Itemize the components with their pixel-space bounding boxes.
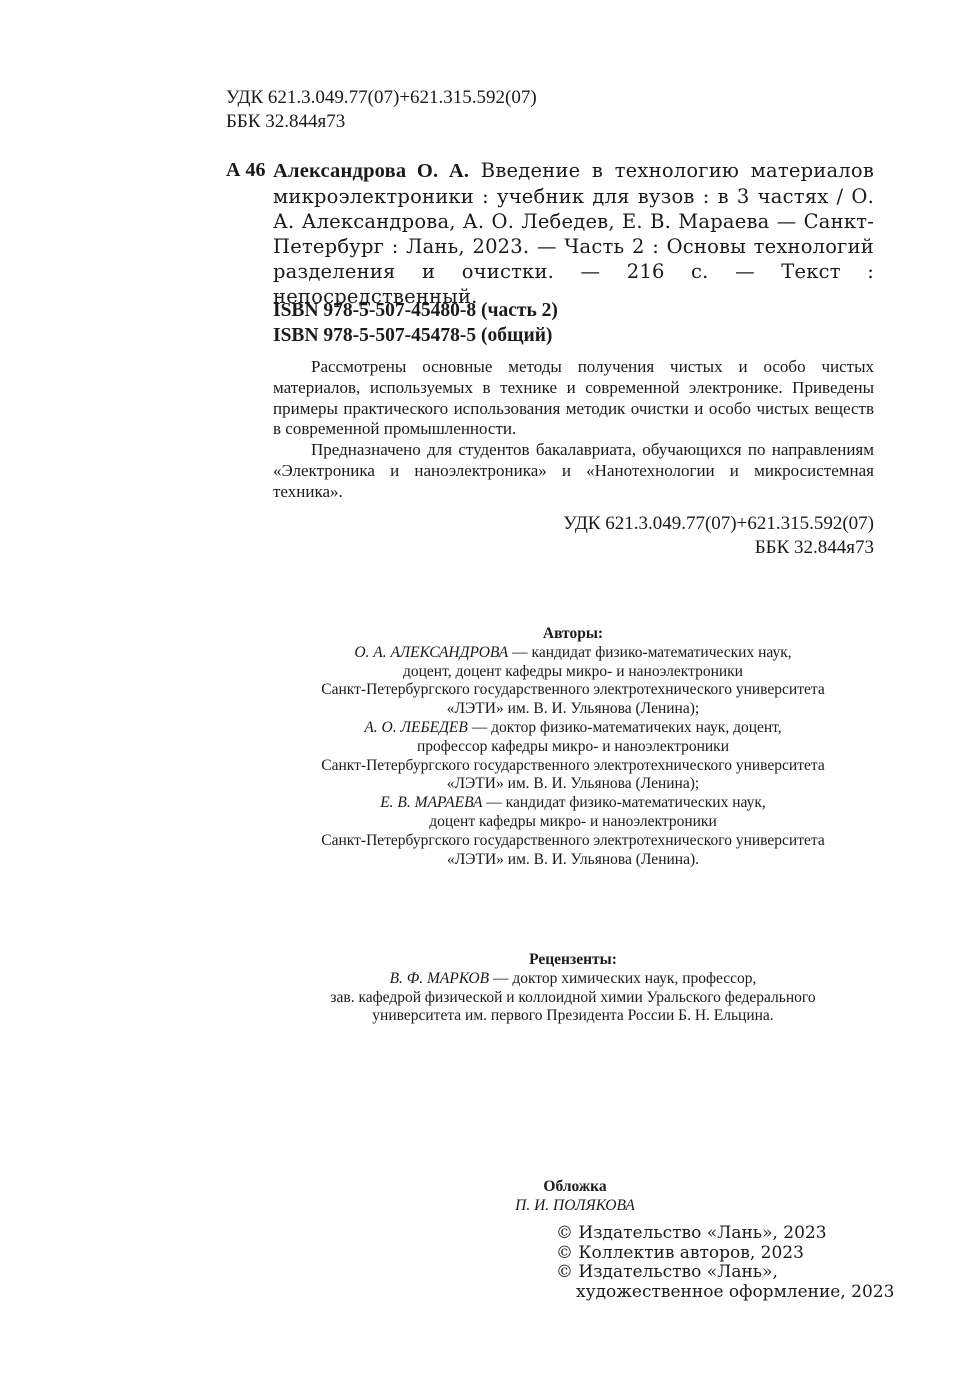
entry-body: микроэлектроники : учебник для вузов : в…: [273, 185, 874, 308]
reviewer-line: зав. кафедрой физической и коллоидной хи…: [250, 989, 896, 1008]
annotation-paragraph: Предназначено для студентов бакалавриата…: [273, 440, 874, 502]
copyright-line: © Издательство «Лань», 2023: [556, 1224, 894, 1244]
author-entry: О. А. АЛЕКСАНДРОВА — кандидат физико-мат…: [250, 644, 896, 663]
cover-credit: Обложка П. И. ПОЛЯКОВА: [500, 1177, 650, 1215]
bibliographic-description: Александрова О. А. Введение в технологию…: [273, 158, 874, 309]
author-line: профессор кафедры микро- и наноэлектрони…: [250, 738, 896, 757]
copyright-block: © Издательство «Лань», 2023 © Коллектив …: [556, 1224, 894, 1302]
author-name: А. О. ЛЕБЕДЕВ: [364, 719, 468, 736]
authors-heading: Авторы:: [250, 625, 896, 644]
cover-heading: Обложка: [500, 1177, 650, 1196]
copyright-line: © Коллектив авторов, 2023: [556, 1244, 894, 1264]
reviewers-section: Рецензенты: В. Ф. МАРКОВ — доктор химиче…: [250, 951, 896, 1026]
authors-section: Авторы: О. А. АЛЕКСАНДРОВА — кандидат фи…: [250, 625, 896, 869]
udk-code: УДК 621.3.049.77(07)+621.315.592(07): [226, 86, 537, 110]
classification-codes-bottom: УДК 621.3.049.77(07)+621.315.592(07) ББК…: [563, 512, 874, 560]
author-name: О. А. АЛЕКСАНДРОВА: [354, 644, 508, 661]
bibliographic-entry: А 46 Александрова О. А. Введение в техно…: [226, 158, 874, 309]
reviewers-heading: Рецензенты:: [250, 951, 896, 970]
author-line: «ЛЭТИ» им. В. И. Ульянова (Ленина).: [250, 851, 896, 870]
author-line: доцент, доцент кафедры микро- и наноэлек…: [250, 663, 896, 682]
isbn-total: ISBN 978-5-507-45478-5 (общий): [273, 323, 558, 348]
author-line: Санкт-Петербургского государственного эл…: [250, 681, 896, 700]
author-entry: А. О. ЛЕБЕДЕВ — доктор физико-математиче…: [250, 719, 896, 738]
entry-title-start: Введение в технологию материалов: [469, 159, 874, 182]
author-name: Е. В. МАРАЕВА: [380, 794, 482, 811]
reviewer-line: университета им. первого Президента Росс…: [250, 1007, 896, 1026]
isbn-block: ISBN 978-5-507-45480-8 (часть 2) ISBN 97…: [273, 298, 558, 348]
reviewer-name: В. Ф. МАРКОВ: [390, 970, 490, 987]
author-line: «ЛЭТИ» им. В. И. Ульянова (Ленина);: [250, 775, 896, 794]
entry-author-heading: Александрова О. А.: [273, 160, 469, 182]
annotation: Рассмотрены основные методы получения чи…: [273, 357, 874, 503]
copyright-line: © Издательство «Лань»,: [556, 1263, 894, 1283]
classification-codes-top: УДК 621.3.049.77(07)+621.315.592(07) ББК…: [226, 86, 537, 134]
author-line: Санкт-Петербургского государственного эл…: [250, 832, 896, 851]
bbk-code: ББК 32.844я73: [563, 536, 874, 560]
bbk-code: ББК 32.844я73: [226, 110, 537, 134]
annotation-paragraph: Рассмотрены основные методы получения чи…: [273, 357, 874, 440]
isbn-part: ISBN 978-5-507-45480-8 (часть 2): [273, 298, 558, 323]
reviewer-entry: В. Ф. МАРКОВ — доктор химических наук, п…: [250, 970, 896, 989]
copyright-line: художественное оформление, 2023: [556, 1283, 894, 1303]
author-entry: Е. В. МАРАЕВА — кандидат физико-математи…: [250, 794, 896, 813]
udk-code: УДК 621.3.049.77(07)+621.315.592(07): [563, 512, 874, 536]
cover-designer: П. И. ПОЛЯКОВА: [500, 1196, 650, 1215]
author-line: доцент кафедры микро- и наноэлектроники: [250, 813, 896, 832]
author-line: Санкт-Петербургского государственного эл…: [250, 757, 896, 776]
author-line: «ЛЭТИ» им. В. И. Ульянова (Ленина);: [250, 700, 896, 719]
author-mark: А 46: [226, 158, 265, 183]
